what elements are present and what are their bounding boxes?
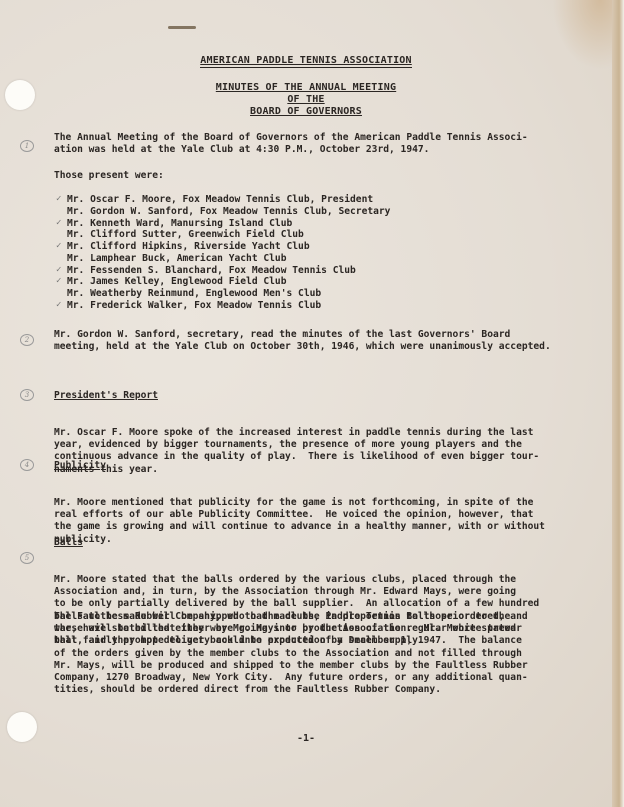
attendee-item: Mr. Kenneth Ward, Manursing Island Club [67,218,292,229]
subtitle-line-2: OF THE [0,94,612,105]
attendee-item: Mr. Clifford Sutter, Greenwich Field Clu… [67,229,304,240]
attendee-item: Mr. Gordon W. Sanford, Fox Meadow Tennis… [67,206,390,217]
margin-number-4: 4 [20,459,34,471]
section-heading: President's Report [54,390,574,402]
subtitle-text-1: MINUTES OF THE ANNUAL MEETING [216,82,396,93]
margin-number-2: 2 [20,334,34,346]
margin-number-1: 1 [20,140,34,152]
margin-number-3: 3 [20,389,34,401]
staple-mark [168,26,196,29]
page-number: -1- [0,733,612,744]
section-heading: Balls [54,537,574,549]
subtitle-text-2: OF THE [287,94,324,105]
check-mark-icon: ✓ [56,241,61,251]
section-heading: Publicity [54,460,574,472]
attendee-item: Mr. Lamphear Buck, American Yacht Club [67,253,287,264]
check-mark-icon: ✓ [56,218,61,228]
check-mark-icon: ✓ [56,194,61,204]
attendee-item: Mr. Fessenden S. Blanchard, Fox Meadow T… [67,265,356,276]
check-mark-icon: ✓ [56,300,61,310]
attendee-item: Mr. Oscar F. Moore, Fox Meadow Tennis Cl… [67,194,373,205]
check-mark-icon: ✓ [56,265,61,275]
page-edge [612,0,624,807]
attendee-item: Mr. Clifford Hipkins, Riverside Yacht Cl… [67,241,310,252]
attendee-item: Mr. James Kelley, Englewood Field Club [67,276,287,287]
intro-paragraph: The Annual Meeting of the Board of Gover… [54,132,574,156]
subtitle-line-3: BOARD OF GOVERNORS [0,106,612,117]
margin-number-5: 5 [20,552,34,564]
subtitle-line-1: MINUTES OF THE ANNUAL MEETING [0,82,612,93]
org-title: AMERICAN PADDLE TENNIS ASSOCIATION [0,55,612,68]
faultless-paragraph: The Faultless Rubber Company, who had ma… [54,611,574,696]
attendee-item: Mr. Weatherby Reinmund, Englewood Men's … [67,288,321,299]
check-mark-icon: ✓ [56,276,61,286]
attendee-item: Mr. Frederick Walker, Fox Meadow Tennis … [67,300,321,311]
org-title-text: AMERICAN PADDLE TENNIS ASSOCIATION [200,55,412,68]
present-label: Those present were: [54,170,574,182]
minutes-paragraph: Mr. Gordon W. Sanford, secretary, read t… [54,329,574,353]
subtitle-text-3: BOARD OF GOVERNORS [250,106,362,117]
